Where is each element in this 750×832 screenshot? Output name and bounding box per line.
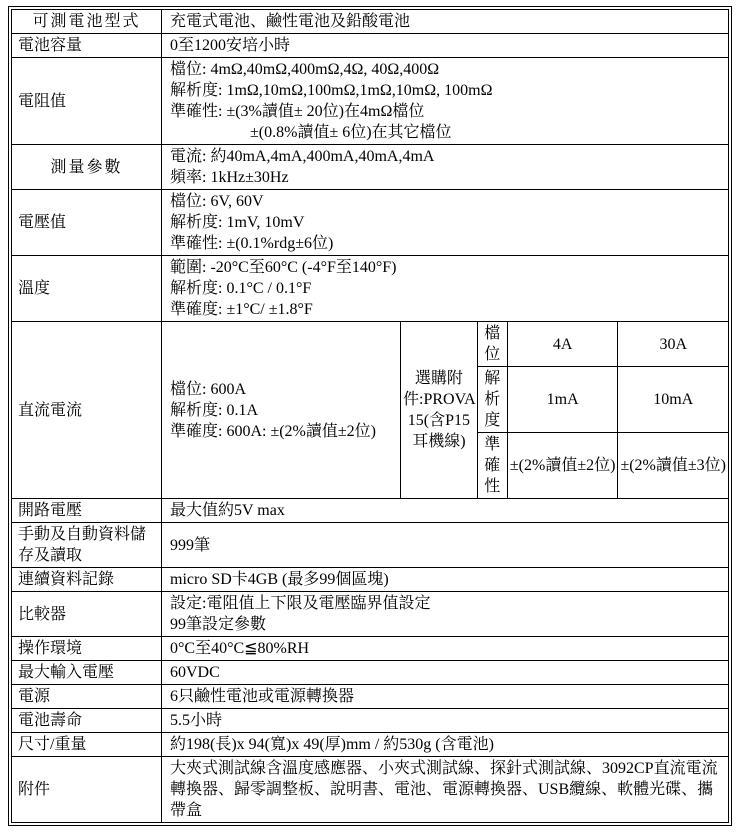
spec-label: 可測電池型式: [12, 10, 162, 34]
spec-row-battery-type: 可測電池型式 充電式電池、鹼性電池及鉛酸電池: [12, 10, 729, 34]
spec-value: 999筆: [162, 523, 729, 568]
spec-label: 電池容量: [12, 34, 162, 58]
spec-row-voltage: 電壓值 檔位: 6V, 60V 解析度: 1mV, 10mV 準確性: ±(0.…: [12, 190, 729, 256]
spec-value: 檔位: 6V, 60V 解析度: 1mV, 10mV 準確性: ±(0.1%rd…: [162, 190, 729, 256]
spec-value: 電流: 約40mA,4mA,400mA,40mA,4mA 頻率: 1kHz±30…: [162, 145, 729, 190]
spec-value: 0至1200安培小時: [162, 34, 729, 58]
spec-label: 溫度: [12, 256, 162, 322]
dc-sub-param: 檔位: [477, 322, 507, 367]
spec-label: 連續資料記錄: [12, 568, 162, 592]
spec-row-open-circuit-voltage: 開路電壓 最大值約5V max: [12, 499, 729, 523]
spec-value: 5.5小時: [162, 709, 729, 733]
spec-row-max-input-voltage: 最大輸入電壓 60VDC: [12, 661, 729, 685]
dc-current-layout: 檔位: 600A 解析度: 0.1A 準確度: 600A: ±(2%讀值±2位)…: [162, 322, 728, 498]
spec-label: 測量參數: [12, 145, 162, 190]
spec-row-power-source: 電源 6只鹼性電池或電源轉換器: [12, 685, 729, 709]
spec-label: 操作環境: [12, 637, 162, 661]
dc-sub-value-4a: 1mA: [507, 367, 618, 433]
spec-row-battery-capacity: 電池容量 0至1200安培小時: [12, 34, 729, 58]
spec-value: 設定:電阻值上下限及電壓臨界值設定 99筆設定參數: [162, 592, 729, 637]
spec-row-temperature: 溫度 範圍: -20°C至60°C (-4°F至140°F) 解析度: 0.1°…: [12, 256, 729, 322]
spec-row-operating-environment: 操作環境 0°C至40°C≦80%RH: [12, 637, 729, 661]
dc-sub-value-30a: ±(2%讀值±3位): [618, 433, 728, 499]
dc-sub-value-4a: 4A: [507, 322, 618, 367]
spec-value: 最大值約5V max: [162, 499, 729, 523]
spec-row-battery-life: 電池壽命 5.5小時: [12, 709, 729, 733]
spec-label: 電阻值: [12, 58, 162, 145]
spec-value: 檔位: 4mΩ,40mΩ,400mΩ,4Ω, 40Ω,400Ω 解析度: 1mΩ…: [162, 58, 729, 145]
dc-sub-row-range: 選購附件:PROVA 15(含P15耳機線) 檔位 4A 30A: [401, 322, 729, 367]
spec-label: 手動及自動資料儲存及讀取: [12, 523, 162, 568]
spec-label: 尺寸/重量: [12, 733, 162, 757]
spec-row-dc-current: 直流電流 檔位: 600A 解析度: 0.1A 準確度: 600A: ±(2%讀…: [12, 322, 729, 499]
spec-value: 6只鹼性電池或電源轉換器: [162, 685, 729, 709]
dc-sub-value-30a: 30A: [618, 322, 728, 367]
battery-tester-spec-table: 可測電池型式 充電式電池、鹼性電池及鉛酸電池 電池容量 0至1200安培小時 電…: [11, 9, 729, 823]
spec-row-data-storage: 手動及自動資料儲存及讀取 999筆: [12, 523, 729, 568]
dc-sub-param: 解析度: [477, 367, 507, 433]
dc-main-spec: 檔位: 600A 解析度: 0.1A 準確度: 600A: ±(2%讀值±2位): [162, 322, 400, 498]
spec-label: 最大輸入電壓: [12, 661, 162, 685]
dc-current-cell: 檔位: 600A 解析度: 0.1A 準確度: 600A: ±(2%讀值±2位)…: [162, 322, 729, 499]
spec-row-measurement-parameters: 測量參數 電流: 約40mA,4mA,400mA,40mA,4mA 頻率: 1k…: [12, 145, 729, 190]
dc-sub-value-30a: 10mA: [618, 367, 728, 433]
spec-value: micro SD卡4GB (最多99個區塊): [162, 568, 729, 592]
spec-value: 約198(長)x 94(寬)x 49(厚)mm / 約530g (含電池): [162, 733, 729, 757]
spec-value: 60VDC: [162, 661, 729, 685]
dc-sub-param: 準確性: [477, 433, 507, 499]
dc-sub-value-4a: ±(2%讀值±2位): [507, 433, 618, 499]
spec-value: 大夾式測試線含溫度感應器、小夾式測試線、探針式測試線、3092CP直流電流轉換器…: [162, 757, 729, 823]
spec-label: 開路電壓: [12, 499, 162, 523]
spec-row-accessories: 附件 大夾式測試線含溫度感應器、小夾式測試線、探針式測試線、3092CP直流電流…: [12, 757, 729, 823]
spec-table-frame: 可測電池型式 充電式電池、鹼性電池及鉛酸電池 電池容量 0至1200安培小時 電…: [8, 6, 732, 826]
spec-row-comparator: 比較器 設定:電阻值上下限及電壓臨界值設定 99筆設定參數: [12, 592, 729, 637]
spec-value: 充電式電池、鹼性電池及鉛酸電池: [162, 10, 729, 34]
spec-label: 電池壽命: [12, 709, 162, 733]
spec-label: 電壓值: [12, 190, 162, 256]
page: { "table": { "rows": [ { "label": "可測電池型…: [0, 0, 750, 832]
spec-row-resistance: 電阻值 檔位: 4mΩ,40mΩ,400mΩ,4Ω, 40Ω,400Ω 解析度:…: [12, 58, 729, 145]
spec-row-continuous-logging: 連續資料記錄 micro SD卡4GB (最多99個區塊): [12, 568, 729, 592]
spec-label: 附件: [12, 757, 162, 823]
spec-label: 直流電流: [12, 322, 162, 499]
spec-row-dimensions-weight: 尺寸/重量 約198(長)x 94(寬)x 49(厚)mm / 約530g (含…: [12, 733, 729, 757]
spec-value: 範圍: -20°C至60°C (-4°F至140°F) 解析度: 0.1°C /…: [162, 256, 729, 322]
dc-optional-accessory-table: 選購附件:PROVA 15(含P15耳機線) 檔位 4A 30A 解析度 1mA…: [400, 322, 728, 498]
dc-optional-accessory-label: 選購附件:PROVA 15(含P15耳機線): [401, 322, 478, 498]
spec-value: 0°C至40°C≦80%RH: [162, 637, 729, 661]
spec-label: 比較器: [12, 592, 162, 637]
spec-label: 電源: [12, 685, 162, 709]
